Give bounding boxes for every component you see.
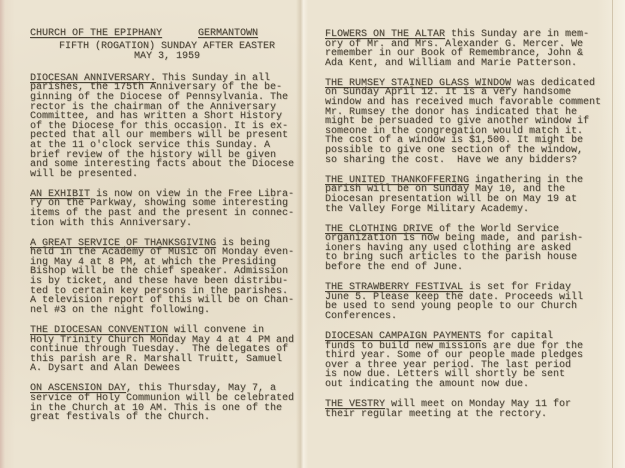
page-right-paragraphs: FLOWERS ON THE ALTAR this Sunday are in … <box>325 30 613 419</box>
paragraph: A GREAT SERVICE OF THANKSGIVING is being… <box>30 239 310 316</box>
text-line: Conferences. <box>325 312 613 322</box>
paragraph: ON ASCENSION DAY, this Thursday, May 7, … <box>30 384 310 422</box>
text-line: will be presented. <box>30 170 310 180</box>
text-line: so sharing the cost. Have we any bidders… <box>325 156 613 166</box>
bulletin-date: MAY 3, 1959 <box>30 52 304 62</box>
text-line: great festivals of the Church. <box>30 413 310 423</box>
text-line: nel #3 on the night following. <box>30 306 310 316</box>
page-left-paragraphs: DIOCESAN ANNIVERSARY. This Sunday in all… <box>30 74 310 423</box>
text-line: out indicating the amount now due. <box>325 380 613 390</box>
bulletin-page-right: FLOWERS ON THE ALTAR this Sunday are in … <box>325 30 613 430</box>
paragraph: DIOCESAN CAMPAIGN PAYMENTS for capitalfu… <box>325 332 613 390</box>
paragraph: AN EXHIBIT is now on view in the Free Li… <box>30 190 310 228</box>
paragraph: THE STRAWBERRY FESTIVAL is set for Frida… <box>325 283 613 321</box>
header-line-1: CHURCH OF THE EPIPHANY GERMANTOWN <box>30 29 258 39</box>
text-line: the Valley Forge Military Academy. <box>325 205 613 215</box>
text-line: their regular meeting at the rectory. <box>325 410 613 420</box>
paragraph: THE VESTRY will meet on Monday May 11 fo… <box>325 400 613 419</box>
text-line: Ada Kent, and William and Marie Patterso… <box>325 59 613 69</box>
bulletin-title: FIFTH (ROGATION) SUNDAY AFTER EASTER <box>30 42 304 52</box>
text-line: before the end of June. <box>325 263 613 273</box>
paragraph: THE DIOCESAN CONVENTION will convene inH… <box>30 326 310 374</box>
scanned-bulletin: CHURCH OF THE EPIPHANY GERMANTOWN FIFTH … <box>0 0 625 468</box>
paragraph: DIOCESAN ANNIVERSARY. This Sunday in all… <box>30 74 310 180</box>
bulletin-page-left: CHURCH OF THE EPIPHANY GERMANTOWN FIFTH … <box>30 29 310 433</box>
paragraph: THE UNITED THANKOFFERING ingathering in … <box>325 176 613 214</box>
bulletin-header: CHURCH OF THE EPIPHANY GERMANTOWN FIFTH … <box>30 29 310 62</box>
church-name: CHURCH OF THE EPIPHANY <box>30 29 162 39</box>
church-location: GERMANTOWN <box>198 29 258 39</box>
text-line: A. Dysart and Alan Dewees <box>30 364 310 374</box>
text-line: tion with this Anniversary. <box>30 219 310 229</box>
paragraph: THE CLOTHING DRIVE of the World Serviceo… <box>325 225 613 273</box>
paragraph: FLOWERS ON THE ALTAR this Sunday are in … <box>325 30 613 68</box>
paragraph: THE RUMSEY STAINED GLASS WINDOW was dedi… <box>325 79 613 165</box>
